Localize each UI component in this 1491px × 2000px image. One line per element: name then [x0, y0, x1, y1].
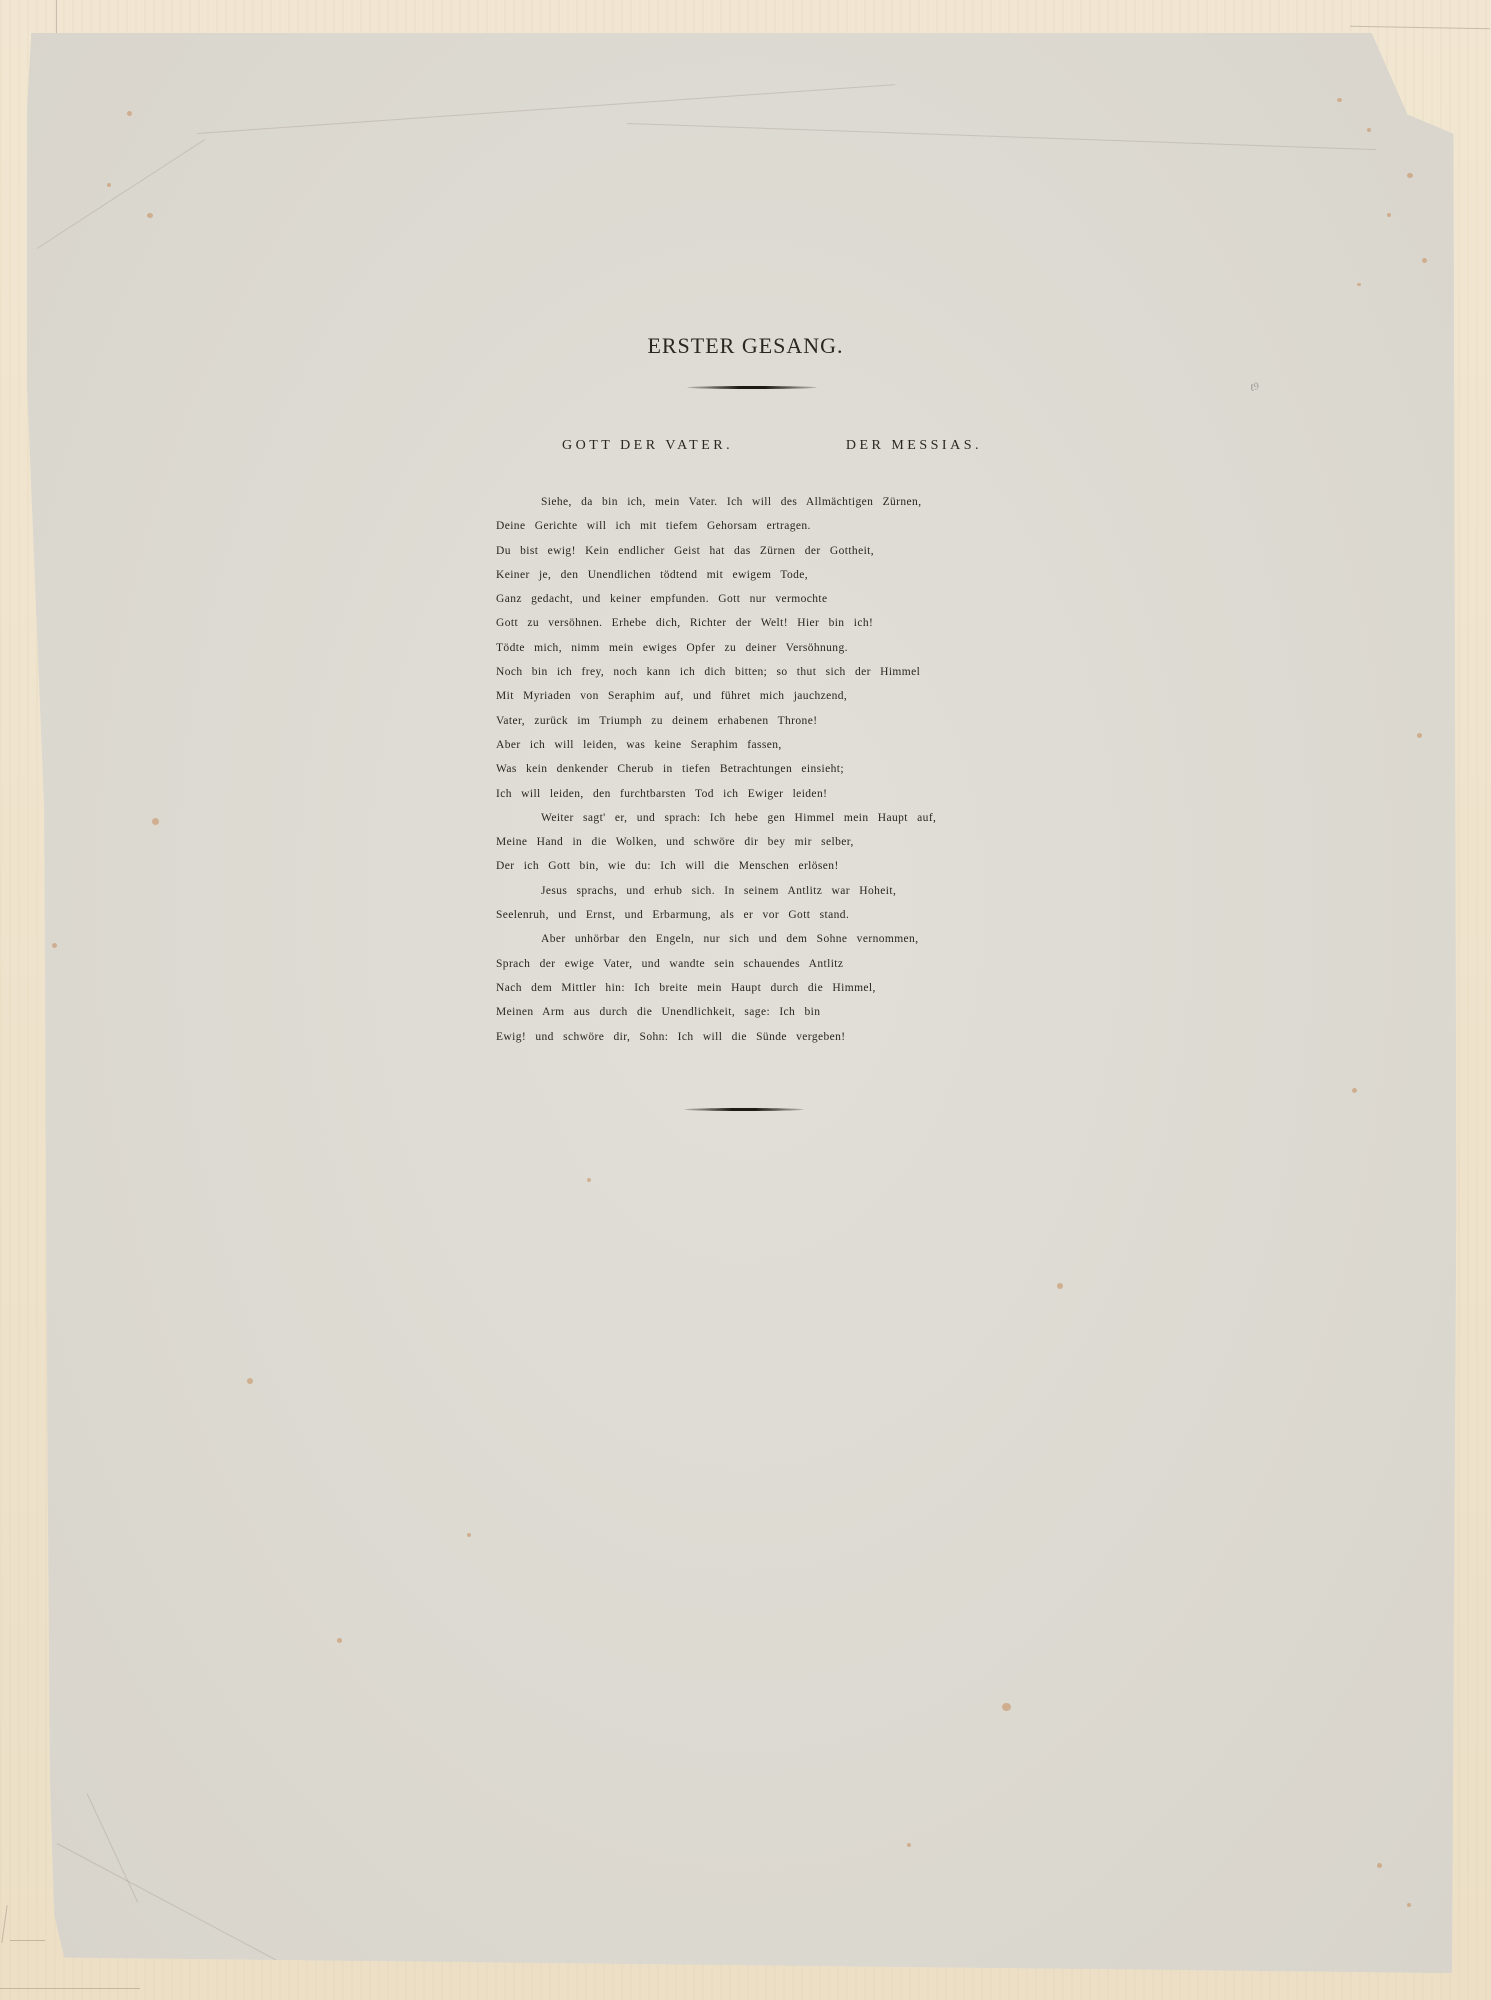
poem-line: Nach dem Mittler hin: Ich breite mein Ha… [496, 976, 1016, 1000]
subtitle-right: DER MESSIAS. [846, 438, 982, 454]
poem-text: Siehe, da bin ich, mein Vater. Ich will … [496, 490, 1016, 1049]
poem-line: Seelenruh, und Ernst, und Erbarmung, als… [496, 903, 1016, 927]
poem-line: Tödte mich, nimm mein ewiges Opfer zu de… [496, 636, 1016, 660]
page-title: ERSTER GESANG. [0, 333, 1491, 359]
poem-line: Keiner je, den Unendlichen tödtend mit e… [496, 563, 1016, 587]
poem-line: Deine Gerichte will ich mit tiefem Gehor… [496, 514, 1016, 538]
document-content: ERSTER GESANG. GOTT DER VATER. DER MESSI… [0, 0, 1491, 2000]
end-divider [684, 1108, 804, 1111]
poem-line: Mit Myriaden von Seraphim auf, und führe… [496, 684, 1016, 708]
poem-line: Siehe, da bin ich, mein Vater. Ich will … [496, 490, 1016, 514]
poem-line: Ich will leiden, den furchtbarsten Tod i… [496, 782, 1016, 806]
poem-line: Ewig! und schwöre dir, Sohn: Ich will di… [496, 1025, 1016, 1049]
poem-line: Sprach der ewige Vater, und wandte sein … [496, 952, 1016, 976]
poem-line: Meinen Arm aus durch die Unendlichkeit, … [496, 1000, 1016, 1024]
pencil-annotation: ℓ9 [1248, 381, 1260, 394]
poem-line: Weiter sagt' er, und sprach: Ich hebe ge… [496, 806, 1016, 830]
subtitle-left: GOTT DER VATER. [562, 438, 733, 454]
poem-line: Was kein denkender Cherub in tiefen Betr… [496, 757, 1016, 781]
section-subtitle: GOTT DER VATER. DER MESSIAS. [562, 438, 982, 454]
poem-line: Ganz gedacht, und keiner empfunden. Gott… [496, 587, 1016, 611]
poem-line: Der ich Gott bin, wie du: Ich will die M… [496, 854, 1016, 878]
title-divider [687, 386, 817, 389]
poem-line: Jesus sprachs, und erhub sich. In seinem… [496, 879, 1016, 903]
poem-line: Aber unhörbar den Engeln, nur sich und d… [496, 927, 1016, 951]
poem-line: Noch bin ich frey, noch kann ich dich bi… [496, 660, 1016, 684]
poem-line: Aber ich will leiden, was keine Seraphim… [496, 733, 1016, 757]
poem-line: Vater, zurück im Triumph zu deinem erhab… [496, 709, 1016, 733]
poem-line: Gott zu versöhnen. Erhebe dich, Richter … [496, 611, 1016, 635]
poem-line: Du bist ewig! Kein endlicher Geist hat d… [496, 539, 1016, 563]
poem-line: Meine Hand in die Wolken, und schwöre di… [496, 830, 1016, 854]
